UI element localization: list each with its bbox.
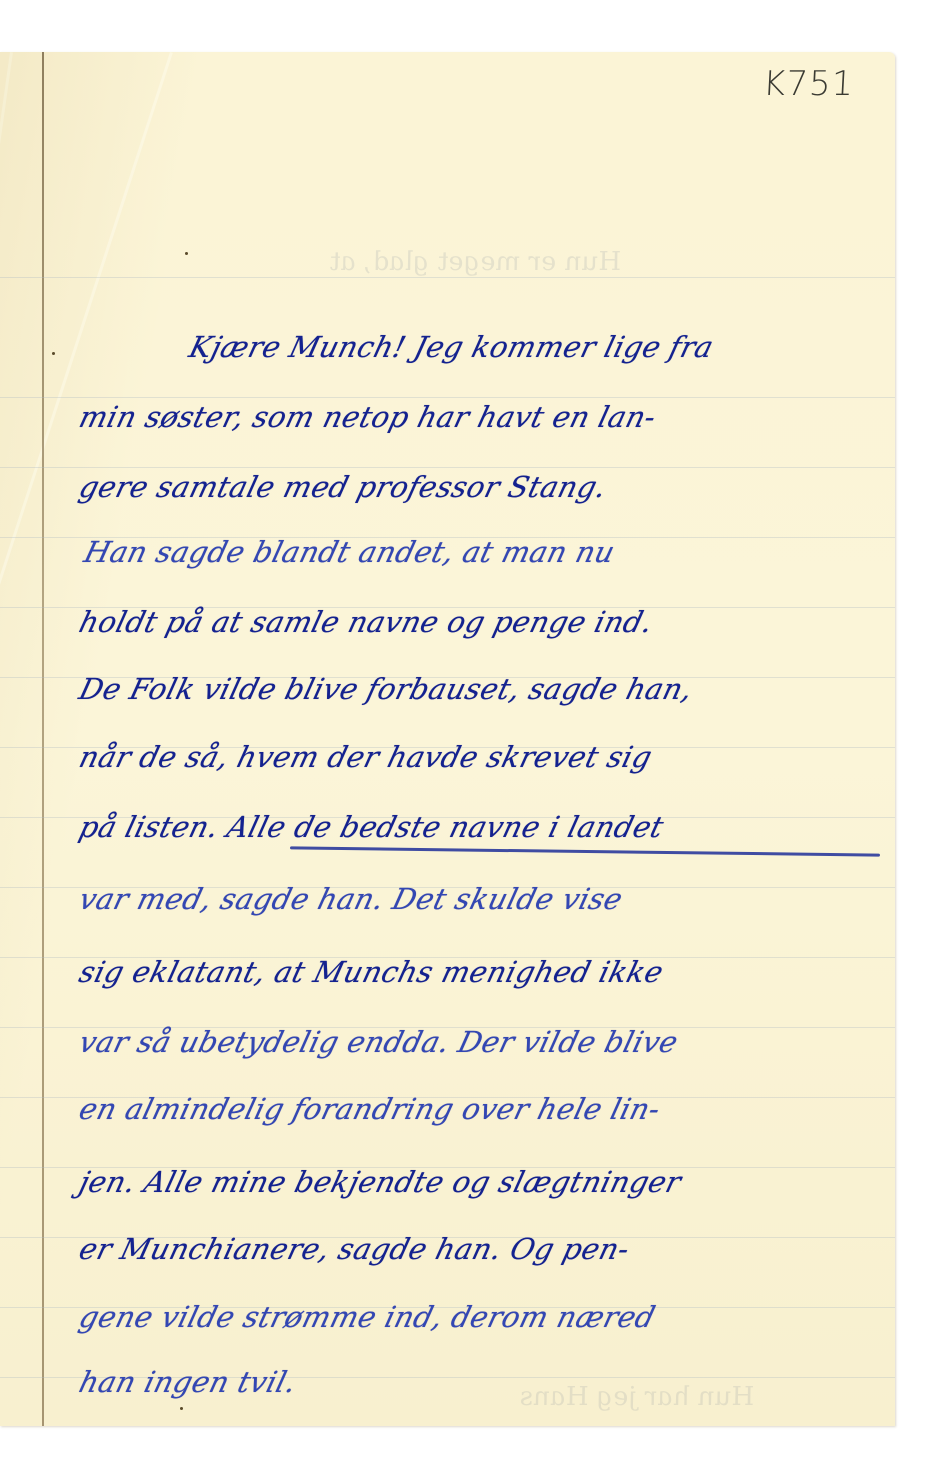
letter-line: Han sagde blandt andet, at man nu	[81, 535, 619, 569]
letter-line: sig eklatant, at Munchs menighed ikke	[76, 955, 667, 989]
letter-body: Kjære Munch! Jeg kommer lige fra min søs…	[0, 0, 950, 1468]
letter-line: på listen. Alle de bedste navne i landet	[76, 810, 667, 844]
letter-line: holdt på at samle navne og penge ind.	[76, 605, 657, 639]
letter-line: var så ubetydelig endda. Der vilde blive	[76, 1025, 682, 1059]
letter-line: min søster, som netop har havt en lan-	[76, 400, 660, 434]
letter-line: De Folk vilde blive forbauset, sagde han…	[76, 672, 696, 706]
letter-line: gere samtale med professor Stang.	[76, 470, 610, 504]
letter-line: var med, sagde han. Det skulde vise	[76, 882, 626, 916]
letter-line: en almindelig forandring over hele lin-	[76, 1092, 664, 1126]
letter-line: Kjære Munch! Jeg kommer lige fra	[186, 330, 717, 364]
letter-line: han ingen tvil.	[76, 1365, 300, 1399]
letter-line: er Munchianere, sagde han. Og pen-	[76, 1232, 633, 1266]
letter-line: gene vilde strømme ind, derom næred	[76, 1300, 659, 1334]
letter-line: når de så, hvem der havde skrevet sig	[76, 740, 656, 774]
letter-line: jen. Alle mine bekjendte og slægtninger	[76, 1165, 685, 1199]
underline-stroke	[290, 846, 880, 856]
